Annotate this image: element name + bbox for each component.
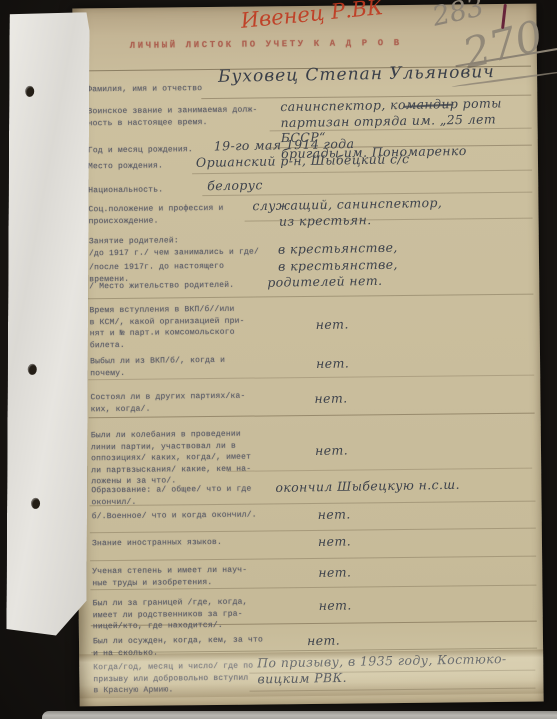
field-label-party-deviations: Были ли колебания в проведении линии пар… — [91, 428, 297, 488]
underlying-page-edge — [42, 711, 557, 719]
field-label-parents-residence: / Место жительство родителей. — [89, 279, 294, 293]
field-value-education-military: нет. — [318, 506, 351, 522]
field-value-foreign-languages: нет. — [318, 533, 351, 549]
punch-hole — [25, 86, 34, 97]
field-value-party-deviations: нет. — [315, 442, 348, 458]
field-label-foreign-languages: Знание иностранных языков. — [92, 536, 297, 550]
cover-page-edge — [6, 12, 89, 638]
field-label-before-1917: /до 1917 г./ чем занимались и где/ — [89, 246, 294, 260]
field-value-abroad: нет. — [318, 597, 351, 613]
paper-fold-crease — [79, 650, 543, 699]
punch-hole — [31, 498, 40, 509]
field-value-party-entry: нет. — [316, 316, 349, 332]
field-label-abroad: Был ли за границей /где, когда, имеет ли… — [93, 596, 298, 633]
field-value-before-1917: в крестьянстве, — [278, 240, 398, 258]
field-value-birth-date: 19-го мая 1914 года — [214, 136, 355, 154]
field-value-scientific-works: нет. — [318, 564, 351, 580]
rule-line — [87, 294, 533, 300]
field-value-social-position: служащий, санинспектор, из крестьян. — [252, 195, 442, 229]
form-title: ЛИЧНЫЙ ЛИСТОК ПО УЧЕТУ К А Д Р О В — [130, 38, 402, 51]
field-label-rank-position: Воинское звание и занимаемая долж- ность… — [87, 104, 292, 129]
red-ink-annotation: Ивенец Р.ВК — [240, 0, 385, 33]
field-value-convictions: нет. — [307, 633, 340, 649]
field-value-name: Буховец Степан Ульянович — [218, 65, 495, 85]
field-value-party-exit: нет. — [316, 355, 349, 371]
field-value-birth-place: Оршанский р-н, Шыбецкий с/с — [196, 151, 410, 170]
field-label-scientific-works: Ученая степень и имеет ли науч- ные труд… — [92, 564, 297, 589]
field-label-party-entry: Время вступления в ВКП/б//или в КСМ/, ка… — [89, 303, 294, 351]
punch-hole — [28, 364, 37, 375]
field-value-other-parties: нет. — [314, 390, 347, 406]
field-label-education-military: б/.Военное/ что и когда окончил/. — [92, 509, 297, 523]
rule-line — [90, 528, 536, 534]
field-label-other-parties: Состоял ли в других партиях/ка- ких, ког… — [90, 390, 295, 415]
field-label-party-exit: Выбыл ли из ВКП/б/, когда и почему. — [90, 354, 295, 379]
archive-photo-background: { "document": { "type_hint": "Личный лис… — [0, 0, 557, 719]
field-value-parents-residence: родителей нет. — [267, 273, 382, 291]
field-value-education-general: окончил Шыбецкую н.с.ш. — [275, 477, 460, 496]
field-value-after-1917: в крестьянстве, — [278, 257, 398, 275]
personnel-form-sheet: Ивенец Р.ВК 283 270 ЛИЧНЫЙ ЛИСТОК ПО УЧЕ… — [72, 4, 543, 707]
rule-line — [90, 556, 536, 562]
field-label-education-general: Образование: а/ общее/ что и где окончил… — [91, 483, 296, 508]
field-value-nationality: белорус — [207, 177, 263, 193]
